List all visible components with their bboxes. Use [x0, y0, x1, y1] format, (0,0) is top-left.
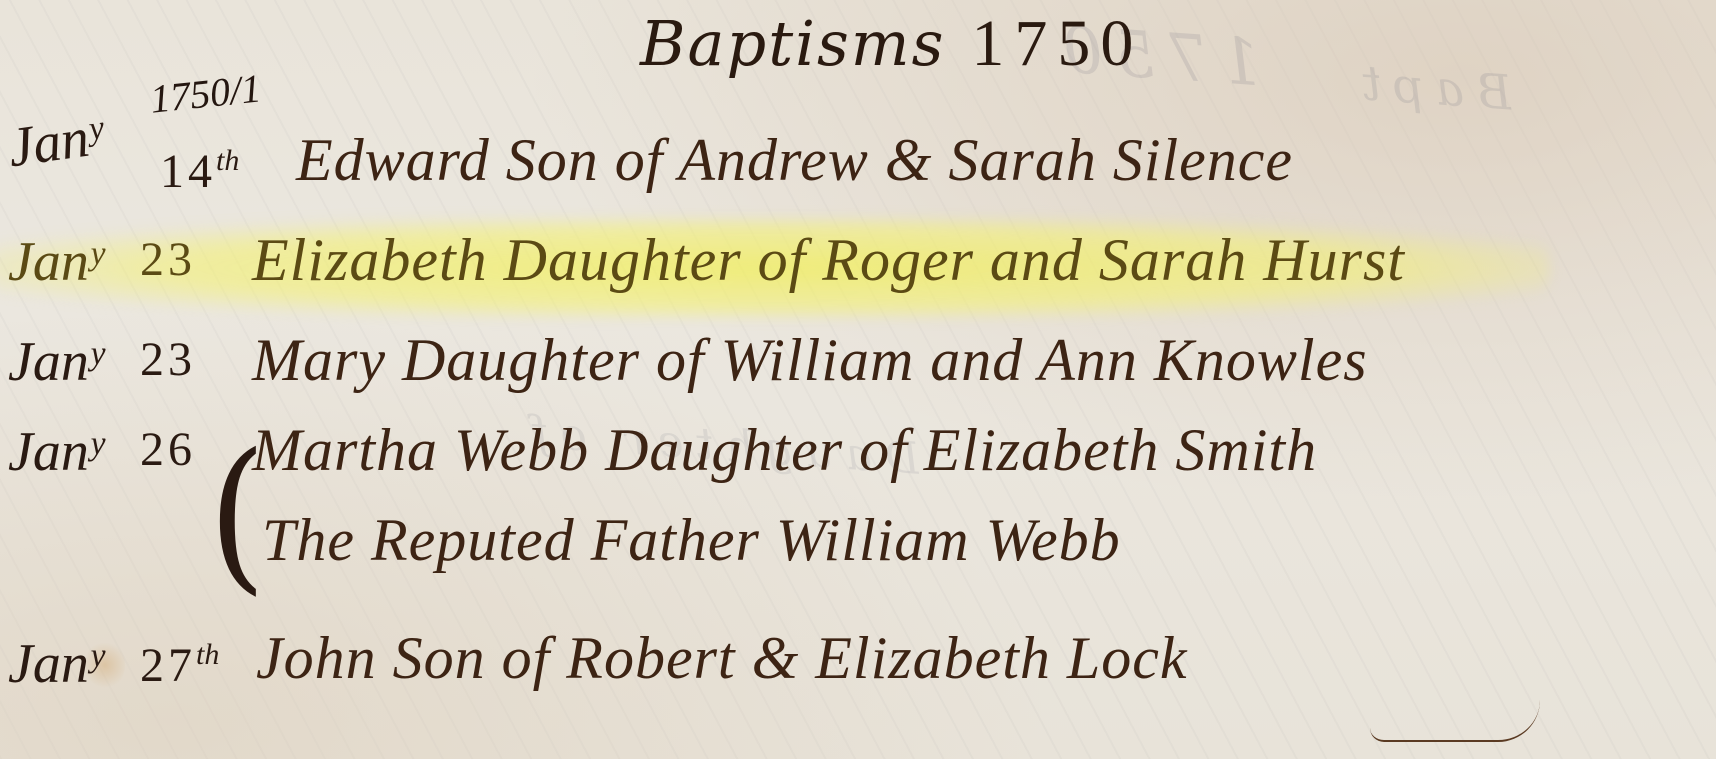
- entry-month: Janʸ: [8, 420, 103, 484]
- entry-day: 23: [140, 332, 196, 387]
- entry-text: John Son of Robert & Elizabeth Lock: [256, 624, 1188, 693]
- entry-text: Edward Son of Andrew & Sarah Silence: [296, 126, 1293, 195]
- entry-day: 27th: [140, 638, 219, 693]
- entry-month: Janʸ: [8, 330, 103, 394]
- entry-month: Janʸ: [4, 104, 107, 181]
- page-title: Baptisms1750: [640, 6, 1143, 82]
- entry-text: Mary Daughter of William and Ann Knowles: [252, 326, 1368, 395]
- entry-month: Janʸ: [8, 230, 103, 294]
- entry-day: 26: [140, 422, 196, 477]
- entry-day: 23: [140, 232, 196, 287]
- bracket-mark: (: [208, 433, 267, 598]
- bleed-through-text: Bapt: [1348, 54, 1513, 121]
- title-text: Baptisms: [640, 7, 945, 80]
- entry-month: Janʸ: [8, 632, 103, 696]
- title-year: 1750: [971, 7, 1143, 80]
- year-annotation: 1750/1: [148, 64, 263, 122]
- entry-continuation-text: The Reputed Father William Webb: [262, 506, 1121, 575]
- entry-text: Martha Webb Daughter of Elizabeth Smith: [252, 416, 1317, 485]
- register-page: 1750 Bapt Daughter of Baptisms1750 1750/…: [0, 0, 1716, 759]
- flourish-line: [1370, 700, 1540, 742]
- entry-text: Elizabeth Daughter of Roger and Sarah Hu…: [252, 226, 1405, 295]
- entry-day: 14th: [160, 144, 239, 199]
